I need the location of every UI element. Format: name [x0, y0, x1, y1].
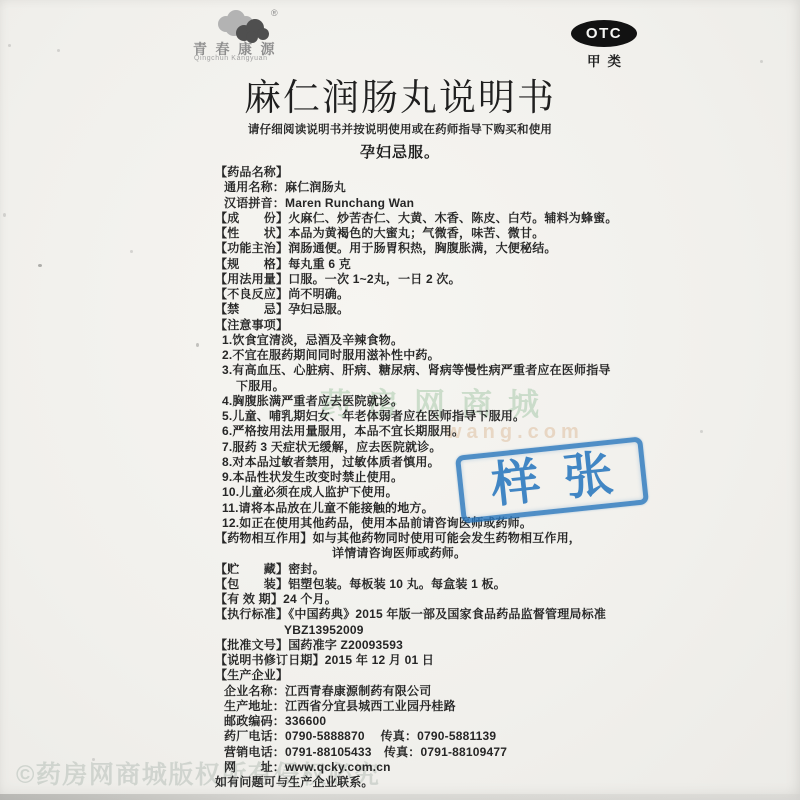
- doc-line: 详情请咨询医师或药师。: [0, 546, 800, 561]
- doc-line: 【用法用量】口服。一次 1~2丸，一日 2 次。: [0, 272, 800, 287]
- scan-speck: [196, 343, 199, 347]
- doc-line: 5.儿童、哺乳期妇女、年老体弱者应在医师指导下服用。: [0, 409, 800, 424]
- doc-line: 营销电话：0791-88105433 传真：0791-88109477: [0, 745, 800, 760]
- doc-line: 邮政编码：336600: [0, 714, 800, 729]
- doc-line: 汉语拼音：Maren Runchang Wan: [0, 196, 800, 211]
- doc-line: 2.不宜在服药期间同时服用滋补性中药。: [0, 348, 800, 363]
- doc-line: 生产地址：江西省分宜县城西工业园丹桂路: [0, 699, 800, 714]
- doc-line: 网 址：www.qcky.com.cn: [0, 760, 800, 775]
- doc-line: 【批准文号】国药准字 Z20093593: [0, 638, 800, 653]
- doc-line: 【规 格】每丸重 6 克: [0, 257, 800, 272]
- doc-line: 【说明书修订日期】2015 年 12 月 01 日: [0, 653, 800, 668]
- page-bottom-edge: [0, 794, 800, 800]
- registered-trademark-icon: ®: [271, 8, 278, 18]
- doc-line: 【注意事项】: [0, 318, 800, 333]
- doc-line: 【生产企业】: [0, 668, 800, 683]
- doc-line: 【包 装】铝塑包装。每板装 10 丸。每盒装 1 板。: [0, 577, 800, 592]
- scan-speck: [700, 430, 703, 433]
- otc-oval-label: OTC: [571, 20, 637, 47]
- doc-line: 【性 状】本品为黄褐色的大蜜丸；气微香，味苦、微甘。: [0, 226, 800, 241]
- doc-line: 【药品名称】: [0, 165, 800, 180]
- scan-speck: [57, 49, 60, 52]
- doc-line: 6.严格按用法用量服用，本品不宜长期服用。: [0, 424, 800, 439]
- scan-speck: [8, 44, 11, 47]
- doc-line: 3.有高血压、心脏病、肝病、糖尿病、肾病等慢性病严重者应在医师指导: [0, 363, 800, 378]
- scan-speck: [92, 758, 95, 761]
- otc-badge: OTC 甲类: [568, 20, 640, 70]
- doc-line: 企业名称：江西青春康源制药有限公司: [0, 684, 800, 699]
- sample-stamp-text: 样张: [465, 446, 639, 513]
- doc-line: 4.胸腹胀满严重者应去医院就诊。: [0, 394, 800, 409]
- doc-line: 【贮 藏】密封。: [0, 562, 800, 577]
- doc-line: 通用名称：麻仁润肠丸: [0, 180, 800, 195]
- brand-pinyin: Qingchun Kangyuan: [194, 55, 268, 62]
- scan-speck: [760, 60, 763, 63]
- read-instructions-notice: 请仔细阅读说明书并按说明使用或在药师指导下购买和使用: [0, 121, 800, 137]
- doc-line: 12.如正在使用其他药品，使用本品前请咨询医师或药师。: [0, 516, 800, 531]
- pregnancy-warning: 孕妇忌服。: [0, 141, 800, 162]
- scan-speck: [130, 250, 133, 253]
- doc-line: 11.请将本品放在儿童不能接触的地方。: [0, 501, 800, 516]
- leaflet-body: 【药品名称】通用名称：麻仁润肠丸汉语拼音：Maren Runchang Wan【…: [0, 165, 800, 790]
- doc-line: 【不良反应】尚不明确。: [0, 287, 800, 302]
- scan-speck: [3, 213, 6, 217]
- doc-line: 【有 效 期】24 个月。: [0, 592, 800, 607]
- doc-line: 【成 份】火麻仁、炒苦杏仁、大黄、木香、陈皮、白芍。辅料为蜂蜜。: [0, 211, 800, 226]
- doc-line: 10.儿童必须在成人监护下使用。: [0, 485, 800, 500]
- doc-line: 【药物相互作用】如与其他药物同时使用可能会发生药物相互作用，: [0, 531, 800, 546]
- doc-line: 下服用。: [0, 379, 800, 394]
- doc-line: 7.服药 3 天症状无缓解，应去医院就诊。: [0, 440, 800, 455]
- doc-line: 药厂电话：0790-5888870 传真：0790-5881139: [0, 729, 800, 744]
- doc-line: 【禁 忌】孕妇忌服。: [0, 302, 800, 317]
- doc-line: 【功能主治】润肠通便。用于肠胃积热，胸腹胀满，大便秘结。: [0, 241, 800, 256]
- doc-line: 9.本品性状发生改变时禁止使用。: [0, 470, 800, 485]
- doc-line: 1.饮食宜清淡，忌酒及辛辣食物。: [0, 333, 800, 348]
- scan-speck: [38, 264, 42, 267]
- doc-line: 【执行标准】《中国药典》2015 年版一部及国家食品药品监督管理局标准: [0, 607, 800, 622]
- leaflet-page: 药房网商城 wang.com ©药房网商城版权所有侵权必究 ® 青春康源 Qin…: [0, 0, 800, 800]
- page-title: 麻仁润肠丸说明书: [0, 67, 800, 121]
- doc-line: 如有问题可与生产企业联系。: [0, 775, 800, 790]
- doc-line: 8.对本品过敏者禁用，过敏体质者慎用。: [0, 455, 800, 470]
- doc-line: YBZ13952009: [0, 623, 800, 638]
